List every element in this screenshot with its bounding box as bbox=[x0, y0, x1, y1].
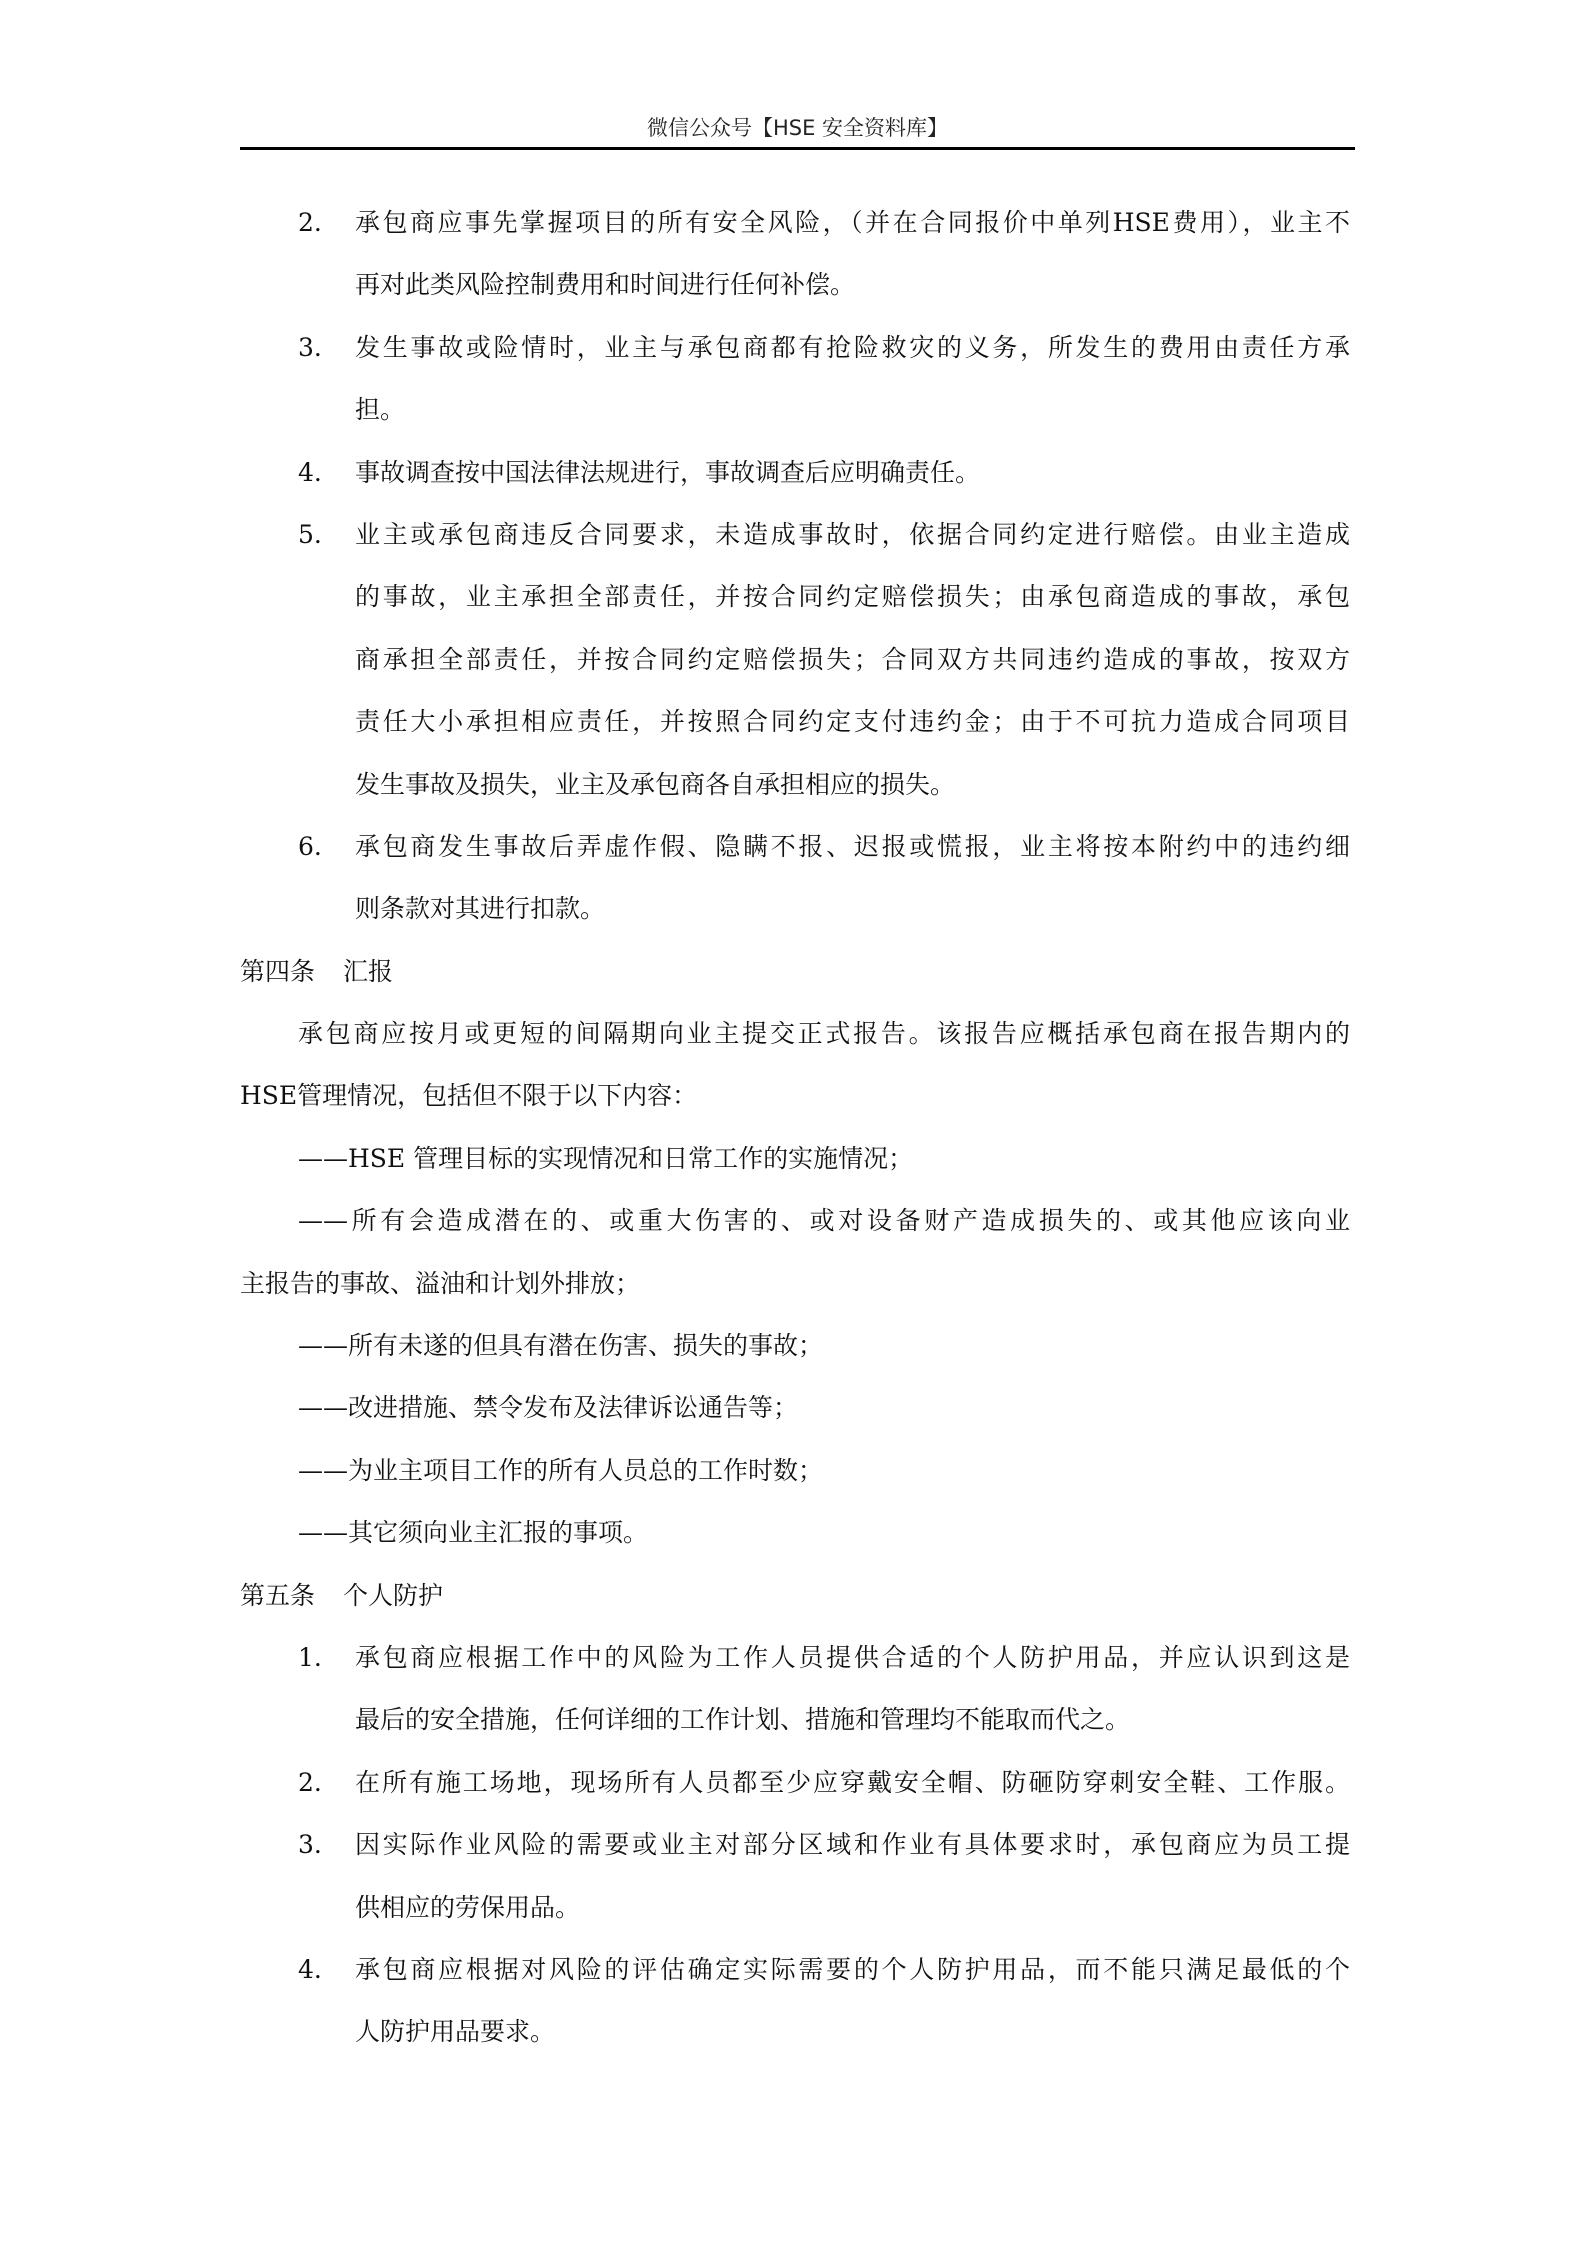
item-continuation: 发生事故及损失，业主及承包商各自承担相应的损失。 bbox=[240, 754, 1350, 816]
item-text: 承包商应根据对风险的评估确定实际需要的个人防护用品，而不能只满足最低的个 bbox=[355, 1939, 1350, 2001]
numbered-item: 5.业主或承包商违反合同要求，未造成事故时，依据合同约定进行赔偿。由业主造成 bbox=[240, 504, 1350, 566]
item-number: 3. bbox=[298, 317, 322, 379]
article-heading: 第四条汇报 bbox=[240, 941, 1350, 1003]
dash-item-text: ——所有会造成潜在的、或重大伤害的、或对设备财产造成损失的、或其他应该向业 bbox=[240, 1190, 1350, 1252]
dash-item-text: ——其它须向业主汇报的事项。 bbox=[240, 1518, 648, 1547]
item-number: 3. bbox=[298, 1814, 322, 1876]
paragraph-first-line: 承包商应按月或更短的间隔期向业主提交正式报告。该报告应概括承包商在报告期内的 bbox=[240, 1003, 1350, 1065]
item-text: 发生事故或险情时，业主与承包商都有抢险救灾的义务，所发生的费用由责任方承 bbox=[355, 317, 1350, 379]
paragraph-text: 承包商应按月或更短的间隔期向业主提交正式报告。该报告应概括承包商在报告期内的 bbox=[240, 1003, 1350, 1065]
item-number: 1. bbox=[298, 1627, 322, 1689]
item-text: 承包商应事先掌握项目的所有安全风险，（并在合同报价中单列HSE费用），业主不 bbox=[355, 192, 1350, 254]
paragraph-text: HSE管理情况，包括但不限于以下内容： bbox=[240, 1081, 697, 1110]
numbered-item: 2.在所有施工场地，现场所有人员都至少应穿戴安全帽、防砸防穿刺安全鞋、工作服。 bbox=[240, 1752, 1350, 1814]
item-text: 人防护用品要求。 bbox=[240, 2017, 555, 2046]
item-text: 业主或承包商违反合同要求，未造成事故时，依据合同约定进行赔偿。由业主造成 bbox=[355, 504, 1350, 566]
item-number: 4. bbox=[298, 1939, 322, 2001]
item-text: 承包商发生事故后弄虚作假、隐瞒不报、迟报或慌报，业主将按本附约中的违约细 bbox=[355, 816, 1350, 878]
item-text: 责任大小承担相应责任，并按照合同约定支付违约金；由于不可抗力造成合同项目 bbox=[355, 691, 1350, 753]
item-continuation: 担。 bbox=[240, 379, 1350, 441]
item-number: 5. bbox=[298, 504, 322, 566]
dash-list-item: ——HSE 管理目标的实现情况和日常工作的实施情况； bbox=[240, 1128, 1350, 1190]
dash-item-text: ——所有未遂的但具有潜在伤害、损失的事故； bbox=[240, 1331, 823, 1360]
item-continuation: 供相应的劳保用品。 bbox=[240, 1877, 1350, 1939]
dash-item-text: ——HSE 管理目标的实现情况和日常工作的实施情况； bbox=[240, 1144, 913, 1173]
item-text: 商承担全部责任，并按合同约定赔偿损失；合同双方共同违约造成的事故，按双方 bbox=[355, 629, 1350, 691]
document-body: 2.承包商应事先掌握项目的所有安全风险，（并在合同报价中单列HSE费用），业主不… bbox=[240, 192, 1350, 2064]
item-text: 因实际作业风险的需要或业主对部分区域和作业有具体要求时，承包商应为员工提 bbox=[355, 1814, 1350, 1876]
dash-list-item: ——所有会造成潜在的、或重大伤害的、或对设备财产造成损失的、或其他应该向业 bbox=[240, 1190, 1350, 1252]
paragraph-line: 主报告的事故、溢油和计划外排放； bbox=[240, 1253, 1350, 1315]
numbered-item: 6.承包商发生事故后弄虚作假、隐瞒不报、迟报或慌报，业主将按本附约中的违约细 bbox=[240, 816, 1350, 878]
numbered-item: 4.承包商应根据对风险的评估确定实际需要的个人防护用品，而不能只满足最低的个 bbox=[240, 1939, 1350, 2001]
item-text: 最后的安全措施，任何详细的工作计划、措施和管理均不能取而代之。 bbox=[240, 1705, 1130, 1734]
dash-item-text: ——为业主项目工作的所有人员总的工作时数； bbox=[240, 1456, 823, 1485]
article-label: 第五条 bbox=[240, 1581, 315, 1610]
page-header: 微信公众号【HSE 安全资料库】 bbox=[240, 108, 1355, 148]
item-text: 则条款对其进行扣款。 bbox=[240, 894, 605, 923]
dash-list-item: ——所有未遂的但具有潜在伤害、损失的事故； bbox=[240, 1315, 1350, 1377]
dash-list-item: ——为业主项目工作的所有人员总的工作时数； bbox=[240, 1440, 1350, 1502]
item-continuation: 责任大小承担相应责任，并按照合同约定支付违约金；由于不可抗力造成合同项目 bbox=[240, 691, 1350, 753]
item-number: 6. bbox=[298, 816, 322, 878]
numbered-item: 3.发生事故或险情时，业主与承包商都有抢险救灾的义务，所发生的费用由责任方承 bbox=[240, 317, 1350, 379]
item-text: 承包商应根据工作中的风险为工作人员提供合适的个人防护用品，并应认识到这是 bbox=[355, 1627, 1350, 1689]
item-text: 事故调查按中国法律法规进行，事故调查后应明确责任。 bbox=[240, 458, 980, 487]
article-label: 第四条 bbox=[240, 957, 315, 986]
item-continuation: 最后的安全措施，任何详细的工作计划、措施和管理均不能取而代之。 bbox=[240, 1689, 1350, 1751]
item-text: 发生事故及损失，业主及承包商各自承担相应的损失。 bbox=[240, 770, 955, 799]
article-title: 汇报 bbox=[343, 957, 393, 986]
numbered-item: 3.因实际作业风险的需要或业主对部分区域和作业有具体要求时，承包商应为员工提 bbox=[240, 1814, 1350, 1876]
article-title: 个人防护 bbox=[343, 1581, 443, 1610]
item-continuation: 商承担全部责任，并按合同约定赔偿损失；合同双方共同违约造成的事故，按双方 bbox=[240, 629, 1350, 691]
numbered-item: 2.承包商应事先掌握项目的所有安全风险，（并在合同报价中单列HSE费用），业主不 bbox=[240, 192, 1350, 254]
dash-item-text: ——改进措施、禁令发布及法律诉讼通告等； bbox=[240, 1393, 798, 1422]
item-text: 的事故，业主承担全部责任，并按合同约定赔偿损失；由承包商造成的事故，承包 bbox=[355, 566, 1350, 628]
item-text: 再对此类风险控制费用和时间进行任何补偿。 bbox=[240, 270, 855, 299]
dash-list-item: ——改进措施、禁令发布及法律诉讼通告等； bbox=[240, 1377, 1350, 1439]
item-continuation: 人防护用品要求。 bbox=[240, 2001, 1350, 2063]
item-text: 在所有施工场地，现场所有人员都至少应穿戴安全帽、防砸防穿刺安全鞋、工作服。 bbox=[355, 1752, 1350, 1814]
item-number: 2. bbox=[298, 192, 322, 254]
item-continuation: 则条款对其进行扣款。 bbox=[240, 878, 1350, 940]
numbered-item: 4.事故调查按中国法律法规进行，事故调查后应明确责任。 bbox=[240, 442, 1350, 504]
paragraph-line: HSE管理情况，包括但不限于以下内容： bbox=[240, 1065, 1350, 1127]
item-continuation: 再对此类风险控制费用和时间进行任何补偿。 bbox=[240, 254, 1350, 316]
item-number: 2. bbox=[298, 1752, 322, 1814]
item-text: 供相应的劳保用品。 bbox=[240, 1893, 580, 1922]
paragraph-text: 主报告的事故、溢油和计划外排放； bbox=[240, 1269, 640, 1298]
article-heading: 第五条个人防护 bbox=[240, 1565, 1350, 1627]
header-rule bbox=[240, 147, 1355, 150]
item-text: 担。 bbox=[240, 395, 405, 424]
item-number: 4. bbox=[298, 442, 322, 504]
numbered-item: 1.承包商应根据工作中的风险为工作人员提供合适的个人防护用品，并应认识到这是 bbox=[240, 1627, 1350, 1689]
item-continuation: 的事故，业主承担全部责任，并按合同约定赔偿损失；由承包商造成的事故，承包 bbox=[240, 566, 1350, 628]
dash-list-item: ——其它须向业主汇报的事项。 bbox=[240, 1502, 1350, 1564]
